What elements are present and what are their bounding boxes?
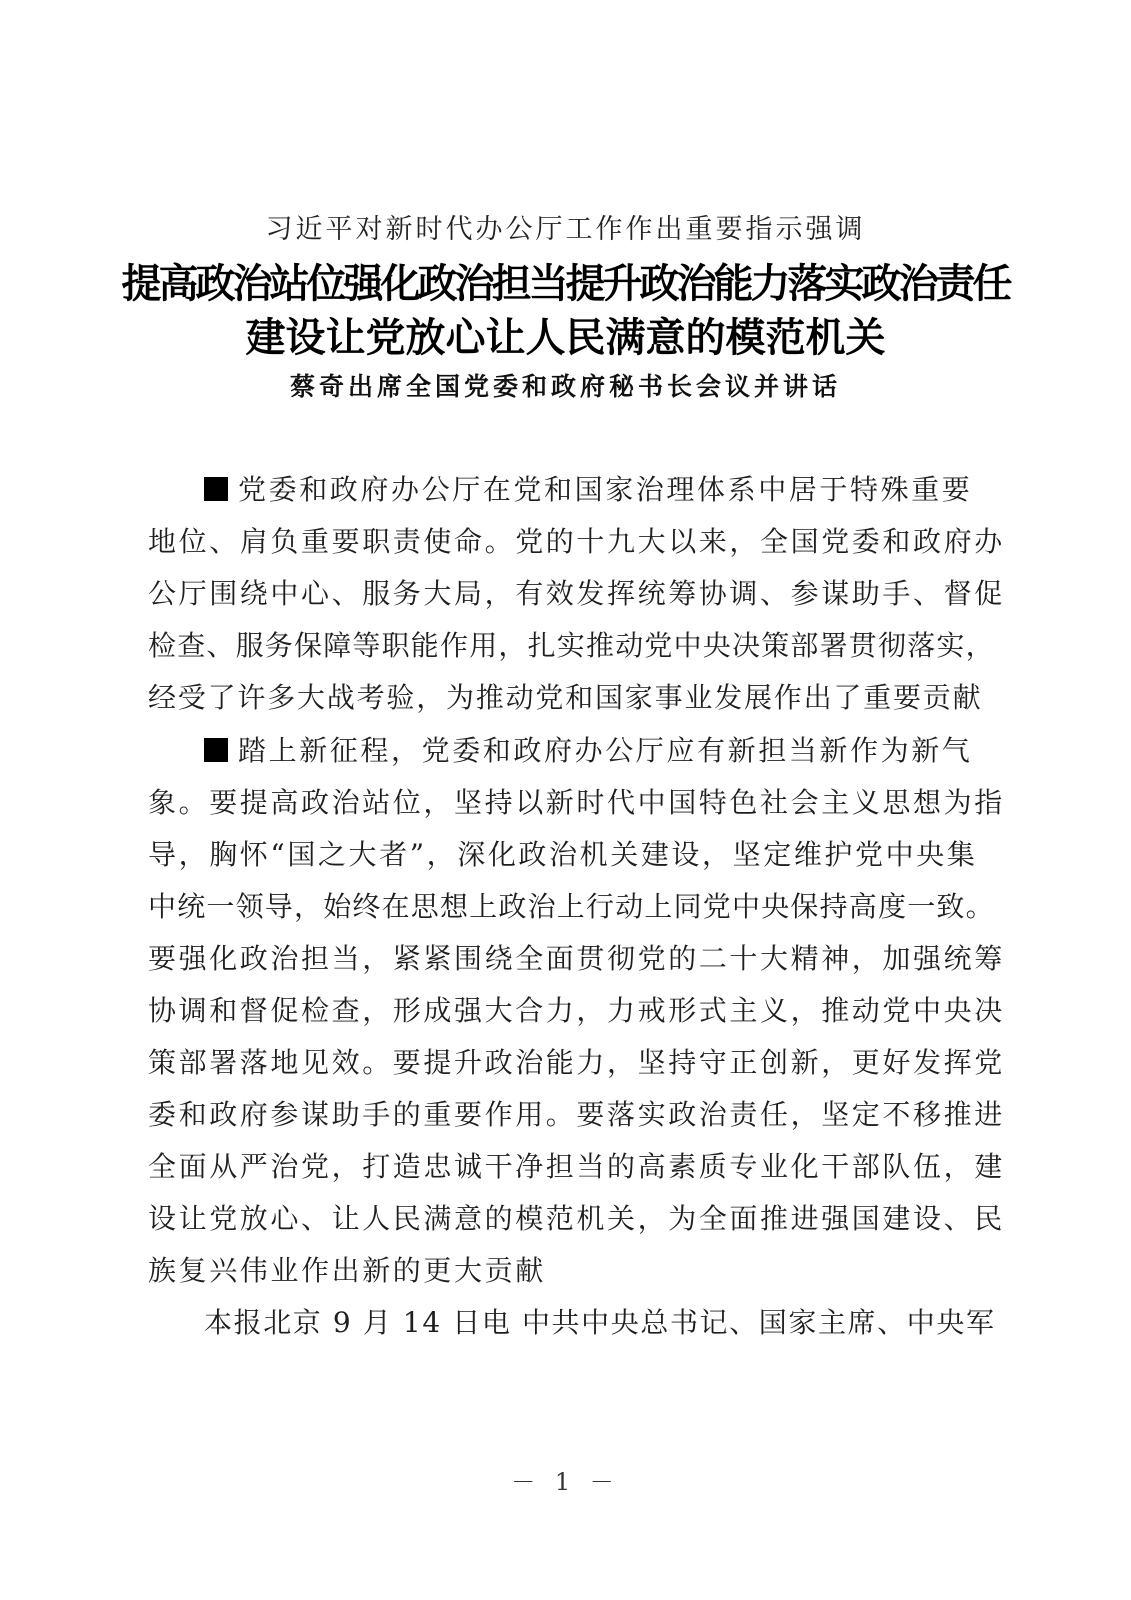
headline-line-2: 建设让党放心让人民满意的模范机关 — [0, 306, 1131, 363]
page-number: － 1 － — [0, 1462, 1131, 1497]
paragraph-line: 协调和督促检查，形成强大合力，力戒形式主义，推动党中央决 — [148, 991, 1005, 1031]
paragraph-line: 经受了许多大战考验，为推动党和国家事业发展作出了重要贡献 — [148, 678, 982, 718]
paragraph-line: 策部署落地见效。要提升政治能力，坚持守正创新，更好发挥党 — [148, 1043, 1005, 1083]
paragraph-line: 委和政府参谋助手的重要作用。要落实政治责任，坚定不移推进 — [148, 1095, 1005, 1135]
paragraph-line: 设让党放心、让人民满意的模范机关，为全面推进强国建设、民 — [148, 1199, 1005, 1239]
paragraph-line: 党委和政府办公厅在党和国家治理体系中居于特殊重要 — [204, 470, 972, 510]
paragraph-line: 全面从严治党，打造忠诚干净担当的高素质专业化干部队伍，建 — [148, 1147, 1005, 1187]
subheadline: 蔡奇出席全国党委和政府秘书长会议并讲话 — [0, 367, 1131, 403]
headline-line-1: 提高政治站位强化政治担当提升政治能力落实政治责任 — [0, 252, 1131, 309]
paragraph-line: 检查、服务保障等职能作用，扎实推动党中央决策部署贯彻落实， — [148, 626, 995, 666]
black-square-bullet-icon — [204, 477, 228, 501]
line-text: 党委和政府办公厅在党和国家治理体系中居于特殊重要 — [238, 473, 972, 506]
paragraph-line: 族复兴伟业作出新的更大贡献 — [148, 1251, 546, 1291]
paragraph-line: 踏上新征程，党委和政府办公厅应有新担当新作为新气 — [204, 731, 972, 771]
paragraph-line: 要强化政治担当，紧紧围绕全面贯彻党的二十大精神，加强统筹 — [148, 939, 1005, 979]
paragraph-line: 本报北京 9 月 14 日电 中共中央总书记、国家主席、中央军 — [204, 1303, 996, 1343]
line-text: 踏上新征程，党委和政府办公厅应有新担当新作为新气 — [238, 734, 972, 767]
paragraph-line: 导，胸怀“国之大者”，深化政治机关建设，坚定维护党中央集 — [148, 835, 977, 875]
paragraph-line: 公厅围绕中心、服务大局，有效发挥统筹协调、参谋助手、督促 — [148, 574, 1005, 614]
paragraph-line: 中统一领导，始终在思想上政治上行动上同党中央保持高度一致。 — [148, 887, 995, 927]
kicker-title: 习近平对新时代办公厅工作作出重要指示强调 — [0, 207, 1131, 246]
paragraph-line: 地位、肩负重要职责使命。党的十九大以来，全国党委和政府办 — [148, 522, 1005, 562]
black-square-bullet-icon — [204, 738, 228, 762]
paragraph-line: 象。要提高政治站位，坚持以新时代中国特色社会主义思想为指 — [148, 783, 1005, 823]
document-page: 习近平对新时代办公厅工作作出重要指示强调 提高政治站位强化政治担当提升政治能力落… — [0, 0, 1131, 1600]
